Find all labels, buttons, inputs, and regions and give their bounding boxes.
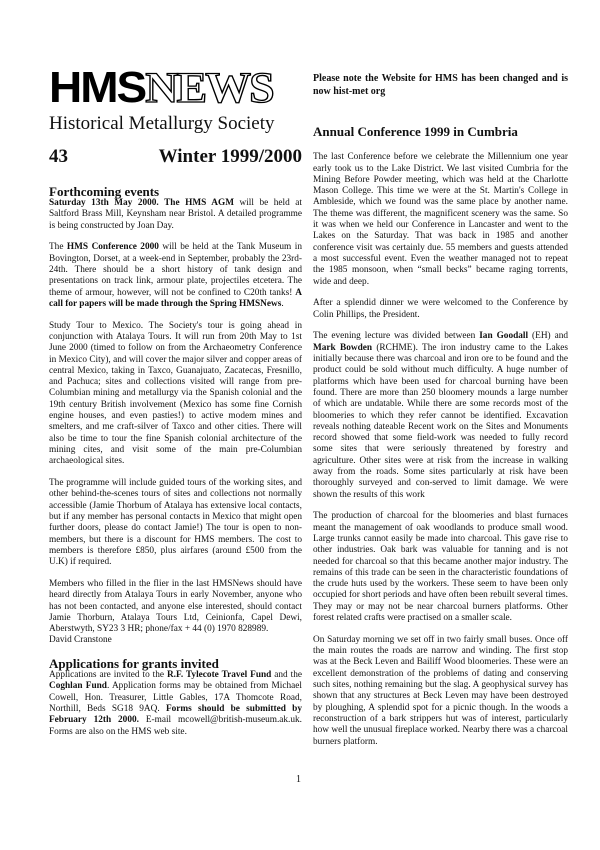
dinner-paragraph: After a splendid dinner we were welcomed… (313, 298, 568, 321)
logo-hms: HMS (49, 62, 145, 111)
hmsnews-logo: HMSNEWS (49, 66, 302, 109)
left-body: Forthcoming events Saturday 13th May 200… (49, 185, 302, 748)
text: The (49, 242, 67, 252)
agm-paragraph: Saturday 13th May 2000. The HMS AGM will… (49, 198, 302, 232)
programme-paragraph: The programme will include guided tours … (49, 478, 302, 568)
text: (EH) and (528, 331, 568, 341)
website-notice: Please note the Website for HMS has been… (313, 72, 568, 98)
conference-2000-bold: HMS Conference 2000 (67, 242, 159, 252)
logo-news: NEWS (145, 63, 272, 111)
forthcoming-heading: Forthcoming events (49, 185, 302, 198)
conference-heading: Annual Conference 1999 in Cumbria (313, 126, 568, 137)
text: (RCHME). The iron industry came to the L… (313, 343, 568, 500)
issue-number: 43 (49, 151, 68, 162)
coghlan-fund: Coghlan Fund (49, 681, 107, 691)
page-number: 1 (296, 774, 301, 785)
masthead: HMSNEWS Historical Metallurgy Society 43… (49, 66, 302, 162)
society-name: Historical Metallurgy Society (49, 113, 302, 135)
text: Applications are invited to the (49, 670, 167, 680)
agm-bold: Saturday 13th May 2000. The HMS AGM (49, 198, 234, 208)
right-body: Please note the Website for HMS has been… (313, 72, 568, 758)
saturday-paragraph: On Saturday morning we set off in two fa… (313, 635, 568, 748)
mexico-tour-paragraph: Study Tour to Mexico. The Society's tour… (49, 321, 302, 468)
conference-2000-paragraph: The HMS Conference 2000 will be held at … (49, 242, 302, 310)
text: The evening lecture was divided between (313, 331, 479, 341)
text: and the (271, 670, 302, 680)
conference-intro: The last Conference before we celebrate … (313, 152, 568, 288)
tylecote-fund: R.F. Tylecote Travel Fund (167, 670, 271, 680)
lecture-paragraph: The evening lecture was divided between … (313, 331, 568, 500)
members-paragraph: Members who filled in the flier in the l… (49, 579, 302, 635)
grants-paragraph: Applications are invited to the R.F. Tyl… (49, 670, 302, 738)
speaker-goodall: Ian Goodall (479, 331, 528, 341)
issue-date: Winter 1999/2000 (159, 151, 302, 162)
text: . (281, 299, 283, 309)
charcoal-paragraph: The production of charcoal for the bloom… (313, 511, 568, 624)
issue-line: 43 Winter 1999/2000 (49, 151, 302, 162)
grants-heading: Applications for grants invited (49, 657, 302, 670)
speaker-bowden: Mark Bowden (313, 343, 372, 353)
signature: David Cranstone (49, 635, 302, 646)
